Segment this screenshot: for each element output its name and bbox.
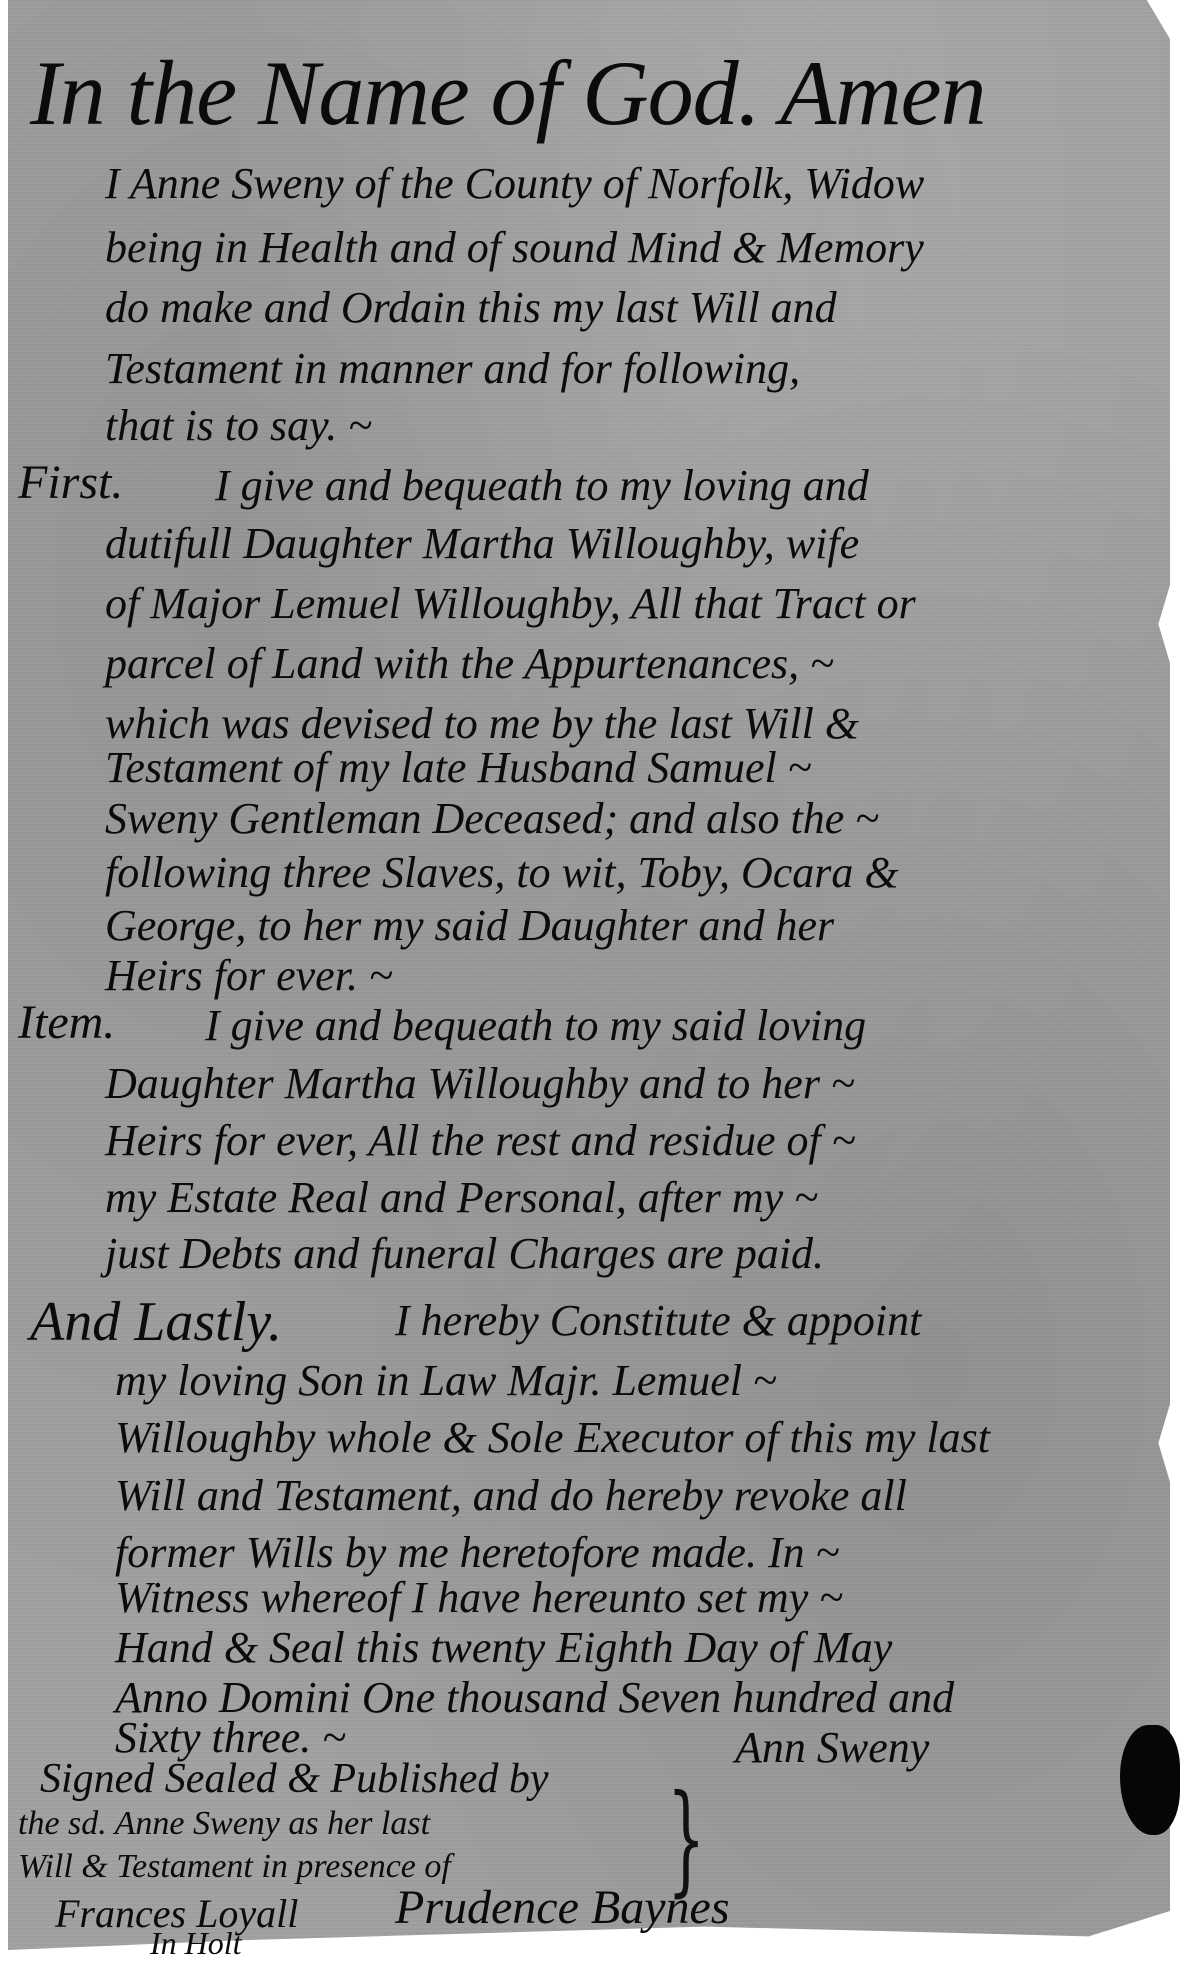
preamble-line: do make and Ordain this my last Will and (105, 282, 837, 333)
witness-signature: Prudence Baynes (395, 1880, 730, 1935)
first-line: I give and bequeath to my loving and (215, 460, 869, 511)
lastly-line: I hereby Constitute & appoint (395, 1295, 921, 1346)
item-line: Daughter Martha Willoughby and to her ~ (105, 1058, 855, 1109)
witness-signature: In Holt (150, 1925, 242, 1962)
lastly-line: Will and Testament, and do hereby revoke… (115, 1470, 907, 1521)
first-line: following three Slaves, to wit, Toby, Oc… (105, 847, 899, 898)
lastly-line: Willoughby whole & Sole Executor of this… (115, 1412, 990, 1463)
first-line: George, to her my said Daughter and her (105, 900, 834, 951)
lastly-line: former Wills by me heretofore made. In ~ (115, 1527, 839, 1578)
lastly-line: Witness whereof I have hereunto set my ~ (115, 1572, 843, 1623)
testator-signature: Ann Sweny (735, 1722, 929, 1773)
attestation-line: Will & Testament in presence of (18, 1848, 451, 1886)
document-title: In the Name of God. Amen (30, 40, 985, 146)
first-line: Sweny Gentleman Deceased; and also the ~ (105, 793, 879, 844)
section-heading-lastly: And Lastly. (30, 1290, 282, 1354)
preamble-line: Testament in manner and for following, (105, 343, 800, 394)
item-line: Heirs for ever, All the rest and residue… (105, 1115, 856, 1166)
item-line: my Estate Real and Personal, after my ~ (105, 1172, 818, 1223)
first-line: Testament of my late Husband Samuel ~ (105, 742, 812, 793)
preamble-line: I Anne Sweny of the County of Norfolk, W… (105, 158, 924, 209)
preamble-line: being in Health and of sound Mind & Memo… (105, 222, 924, 273)
lastly-line: my loving Son in Law Majr. Lemuel ~ (115, 1355, 777, 1406)
section-heading-item: Item. (18, 995, 115, 1050)
lastly-line: Hand & Seal this twenty Eighth Day of Ma… (115, 1622, 892, 1673)
section-heading-first: First. (18, 455, 123, 510)
attestation-line: Signed Sealed & Published by (40, 1755, 549, 1803)
first-line: parcel of Land with the Appurtenances, ~ (105, 638, 834, 689)
wax-seal (1120, 1725, 1180, 1835)
first-line: of Major Lemuel Willoughby, All that Tra… (105, 578, 916, 629)
item-line: I give and bequeath to my said loving (205, 1000, 866, 1051)
first-line: Heirs for ever. ~ (105, 950, 393, 1001)
attestation-line: the sd. Anne Sweny as her last (18, 1805, 430, 1843)
preamble-line: that is to say. ~ (105, 400, 372, 451)
first-line: dutifull Daughter Martha Willoughby, wif… (105, 518, 859, 569)
item-line: just Debts and funeral Charges are paid. (105, 1228, 824, 1279)
